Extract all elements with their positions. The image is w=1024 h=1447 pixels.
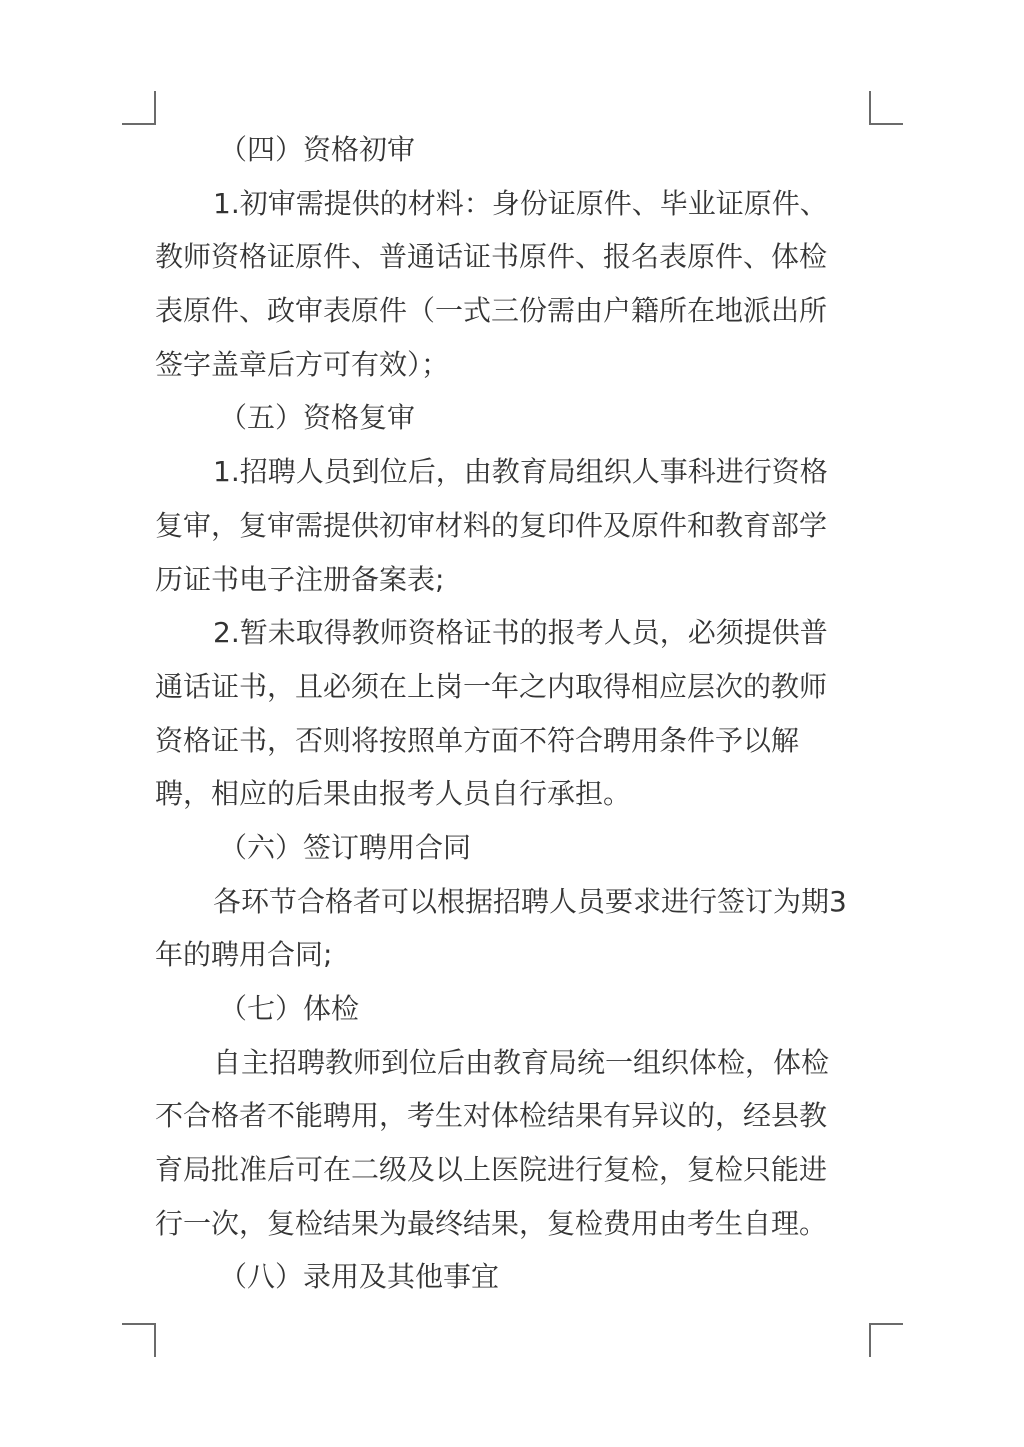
paragraph-line: 签字盖章后方可有效）； — [155, 338, 870, 392]
section-heading-7: （七）体检 — [155, 982, 870, 1036]
corner-mark-top-left — [122, 91, 156, 125]
corner-mark-bottom-right — [869, 1323, 903, 1357]
paragraph-line: 不合格者不能聘用，考生对体检结果有异议的，经县教 — [155, 1089, 870, 1143]
document-page: （四）资格初审 1.初审需提供的材料：身份证原件、毕业证原件、 教师资格证原件、… — [0, 0, 1024, 1447]
paragraph-line: 自主招聘教师到位后由教育局统一组织体检，体检 — [155, 1036, 870, 1090]
paragraph-line: 表原件、政审表原件（一式三份需由户籍所在地派出所 — [155, 284, 870, 338]
paragraph-line: 历证书电子注册备案表; — [155, 553, 870, 607]
document-body: （四）资格初审 1.初审需提供的材料：身份证原件、毕业证原件、 教师资格证原件、… — [155, 123, 870, 1304]
section-heading-6: （六）签订聘用合同 — [155, 821, 870, 875]
paragraph-line: 资格证书，否则将按照单方面不符合聘用条件予以解 — [155, 714, 870, 768]
paragraph-line: 1.初审需提供的材料：身份证原件、毕业证原件、 — [155, 177, 870, 231]
section-heading-5: （五）资格复审 — [155, 391, 870, 445]
paragraph-line: 1.招聘人员到位后，由教育局组织人事科进行资格 — [155, 445, 870, 499]
paragraph-line: 聘，相应的后果由报考人员自行承担。 — [155, 767, 870, 821]
paragraph-line: 2.暂未取得教师资格证书的报考人员，必须提供普 — [155, 606, 870, 660]
corner-mark-bottom-left — [122, 1323, 156, 1357]
paragraph-line: 复审，复审需提供初审材料的复印件及原件和教育部学 — [155, 499, 870, 553]
paragraph-line: 教师资格证原件、普通话证书原件、报名表原件、体检 — [155, 230, 870, 284]
section-heading-4: （四）资格初审 — [155, 123, 870, 177]
paragraph-line: 行一次，复检结果为最终结果，复检费用由考生自理。 — [155, 1197, 870, 1251]
corner-mark-top-right — [869, 91, 903, 125]
paragraph-line: 通话证书，且必须在上岗一年之内取得相应层次的教师 — [155, 660, 870, 714]
paragraph-line: 育局批准后可在二级及以上医院进行复检，复检只能进 — [155, 1143, 870, 1197]
section-heading-8: （八）录用及其他事宜 — [155, 1250, 870, 1304]
paragraph-line: 各环节合格者可以根据招聘人员要求进行签订为期3 — [155, 875, 870, 929]
paragraph-line: 年的聘用合同; — [155, 928, 870, 982]
